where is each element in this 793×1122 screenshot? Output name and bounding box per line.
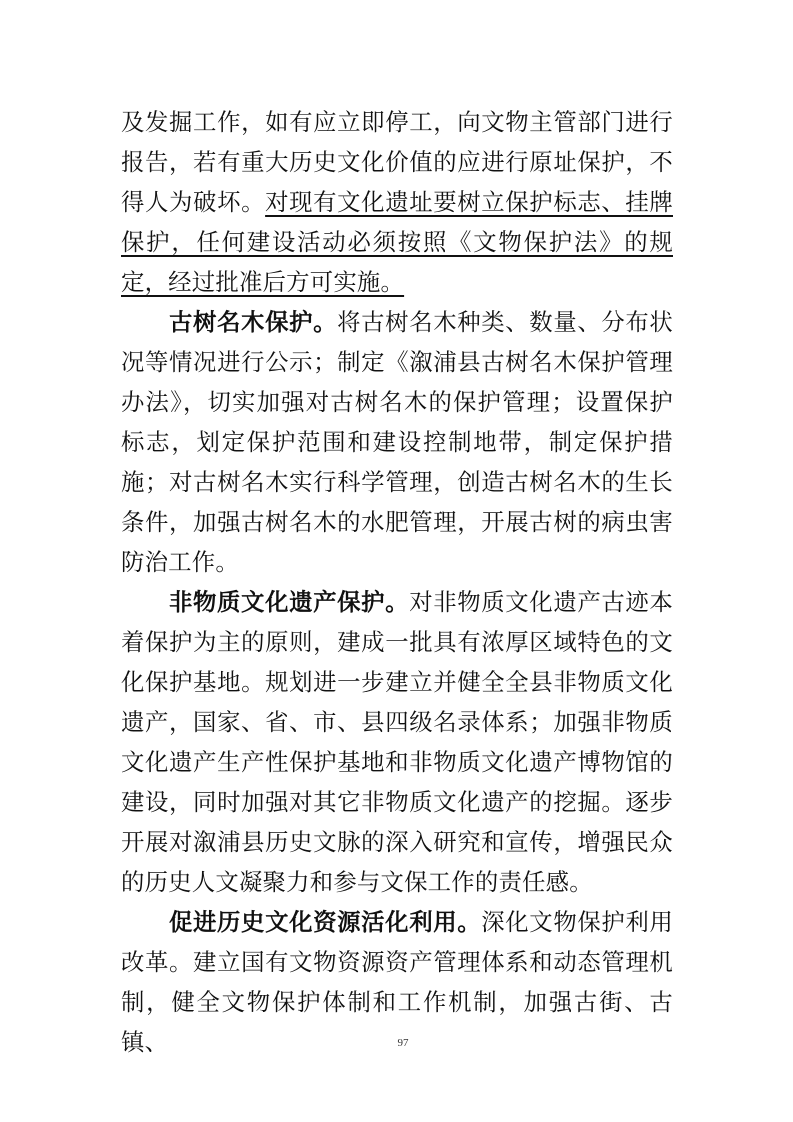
section-heading: 非物质文化遗产保护。 — [169, 588, 409, 616]
paragraph-ancient-trees: 古树名木保护。将古树名木种类、数量、分布状况等情况进行公示；制定《溆浦县古树名木… — [121, 302, 673, 582]
section-heading: 古树名木保护。 — [169, 308, 337, 336]
section-heading: 促进历史文化资源活化利用。 — [169, 908, 481, 936]
page-number: 97 — [0, 1037, 793, 1049]
paragraph-text: 对非物质文化遗产古迹本着保护为主的原则，建成一批具有浓厚区域特色的文化保护基地。… — [121, 588, 673, 896]
paragraph-intangible-heritage: 非物质文化遗产保护。对非物质文化遗产古迹本着保护为主的原则，建成一批具有浓厚区域… — [121, 582, 673, 902]
document-page: 及发掘工作，如有应立即停工，向文物主管部门进行报告，若有重大历史文化价值的应进行… — [121, 102, 673, 1062]
paragraph-text: 将古树名木种类、数量、分布状况等情况进行公示；制定《溆浦县古树名木保护管理办法》… — [121, 308, 673, 576]
paragraph-continuation: 及发掘工作，如有应立即停工，向文物主管部门进行报告，若有重大历史文化价值的应进行… — [121, 102, 673, 302]
